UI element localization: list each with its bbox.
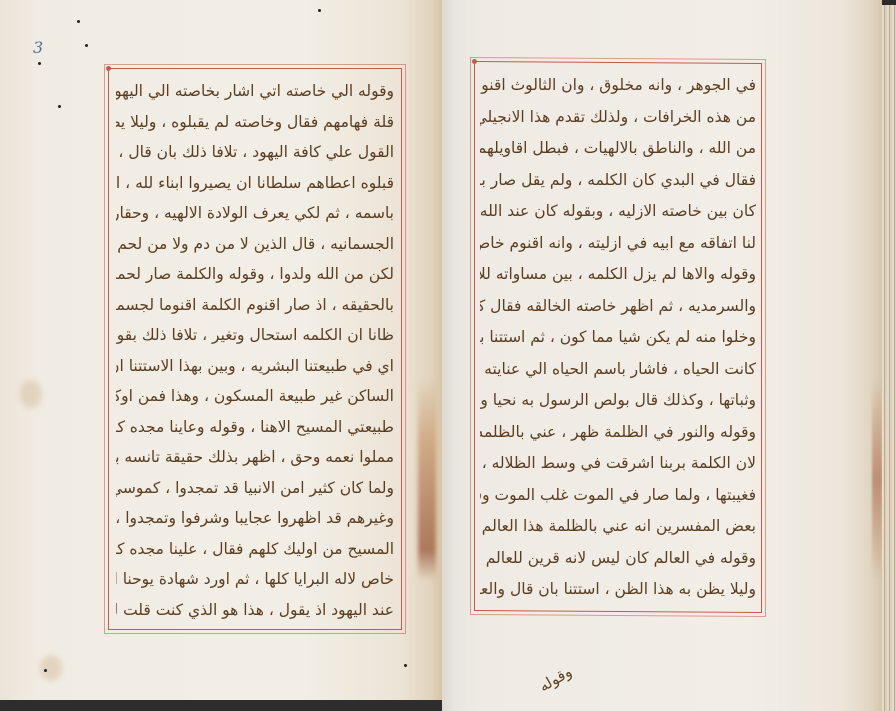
text-line: لكن من الله ولدوا ، وقوله والكلمة صار لح…	[116, 259, 394, 290]
text-line: وثباتها ، وكذلك قال بولص الرسول به نحيا …	[480, 385, 756, 417]
right-page-text: في الجوهر ، وانه مخلوق ، وان الثالوث اقن…	[480, 70, 756, 606]
manuscript-spread: 3 وقوله الي خاصته اتي اشار بخاصته الي ال…	[0, 0, 896, 711]
text-line: عند اليهود اذ يقول ، هذا هو الذي كنت قلت…	[116, 595, 394, 626]
text-line: وليلا يظن به هذا الظن ، استتنا بان قال و…	[480, 574, 756, 606]
text-line: وقوله الي خاصته اتي اشار بخاصته الي اليه…	[116, 76, 394, 107]
frame-corner-mark	[106, 66, 111, 71]
speck	[58, 105, 61, 108]
speck	[38, 62, 41, 65]
text-line: بالحقيقه ، اذ صار اقنوم الكلمة اقنوما لج…	[116, 290, 394, 321]
text-line: فغيبتها ، ولما صار في الموت غلب الموت وق…	[480, 480, 756, 512]
page-edges	[882, 5, 896, 711]
text-line: ظانا ان الكلمه استحال وتغير ، تلافا ذلك …	[116, 320, 394, 351]
edge-stain	[872, 380, 882, 580]
text-line: كان بين خاصته الازليه ، وبقوله كان عند ا…	[480, 196, 756, 228]
text-line: والسرمديه ، ثم اظهر خاصته الخالقه فقال ك…	[480, 291, 756, 323]
text-line: فقال في البدي كان الكلمه ، ولم يقل صار ب…	[480, 165, 756, 197]
text-line: بعض المفسرين انه عني بالظلمة هذا العالم …	[480, 511, 756, 543]
speck	[44, 669, 47, 672]
gutter-stain	[418, 380, 436, 580]
text-line: اي في طبيعتنا البشريه ، وبين بهذا الاستت…	[116, 351, 394, 382]
text-line: الساكن غير طبيعة المسكون ، وهذا فمن اوكد…	[116, 381, 394, 412]
frame-corner-mark	[472, 59, 477, 64]
text-line: من هذه الخرافات ، ولذلك تقدم هذا الانجيل…	[480, 102, 756, 134]
stain	[40, 655, 62, 681]
text-line: قلة فهامهم فقال وخاصته لم يقبلوه ، وليلا…	[116, 107, 394, 138]
text-line: الجسمانيه ، قال الذين لا من دم ولا من لح…	[116, 229, 394, 260]
text-line: مملوا نعمه وحق ، اظهر بذلك حقيقة تانسه ب…	[116, 442, 394, 473]
text-line: وغيرهم قد اظهروا عجايبا وشرفوا وتمجدوا ،…	[116, 503, 394, 534]
text-line: خاص لاله البرايا كلها ، ثم اورد شهادة يو…	[116, 564, 394, 595]
text-line: لان الكلمة بربنا اشرقت في وسط الظلاله ، …	[480, 448, 756, 480]
text-line: قبلوه اعطاهم سلطانا ان يصيروا ابناء لله …	[116, 168, 394, 199]
left-page-text: وقوله الي خاصته اتي اشار بخاصته الي اليه…	[116, 76, 394, 625]
text-line: طبيعتي المسيح الاهنا ، وقوله وعاينا مجده…	[116, 412, 394, 443]
speck	[85, 44, 88, 47]
text-line: في الجوهر ، وانه مخلوق ، وان الثالوث اقن…	[480, 70, 756, 102]
text-line: المسيح من اوليك كلهم فقال ، علينا مجده ك…	[116, 534, 394, 565]
text-line: وخلوا منه لم يكن شيا مما كون ، ثم استتنا…	[480, 322, 756, 354]
text-line: من الله ، والناطق بالالهيات ، فبطل اقاوي…	[480, 133, 756, 165]
speck	[318, 9, 321, 12]
text-line: وقوله والاها لم يزل الكلمه ، بين مساواته…	[480, 259, 756, 291]
text-line: كانت الحياه ، فاشار باسم الحياه الي عناي…	[480, 354, 756, 386]
text-line: لنا اتفاقه مع ابيه في ازليته ، وانه اقنو…	[480, 228, 756, 260]
binding-cover	[0, 700, 442, 711]
text-line: باسمه ، ثم لكي يعرف الولادة الالهيه ، وح…	[116, 198, 394, 229]
folio-number: 3	[33, 38, 43, 57]
text-line: ولما كان كثير امن الانبيا قد تمجدوا ، كم…	[116, 473, 394, 504]
text-line: القول علي كافة اليهود ، تلافا ذلك بان قا…	[116, 137, 394, 168]
text-line: وقوله في العالم كان ليس لانه قرين للعالم…	[480, 543, 756, 575]
text-line: وقوله والنور في الظلمة ظهر ، عني بالظلمه…	[480, 417, 756, 449]
speck	[77, 20, 80, 23]
stain	[20, 380, 42, 408]
speck	[404, 664, 407, 667]
